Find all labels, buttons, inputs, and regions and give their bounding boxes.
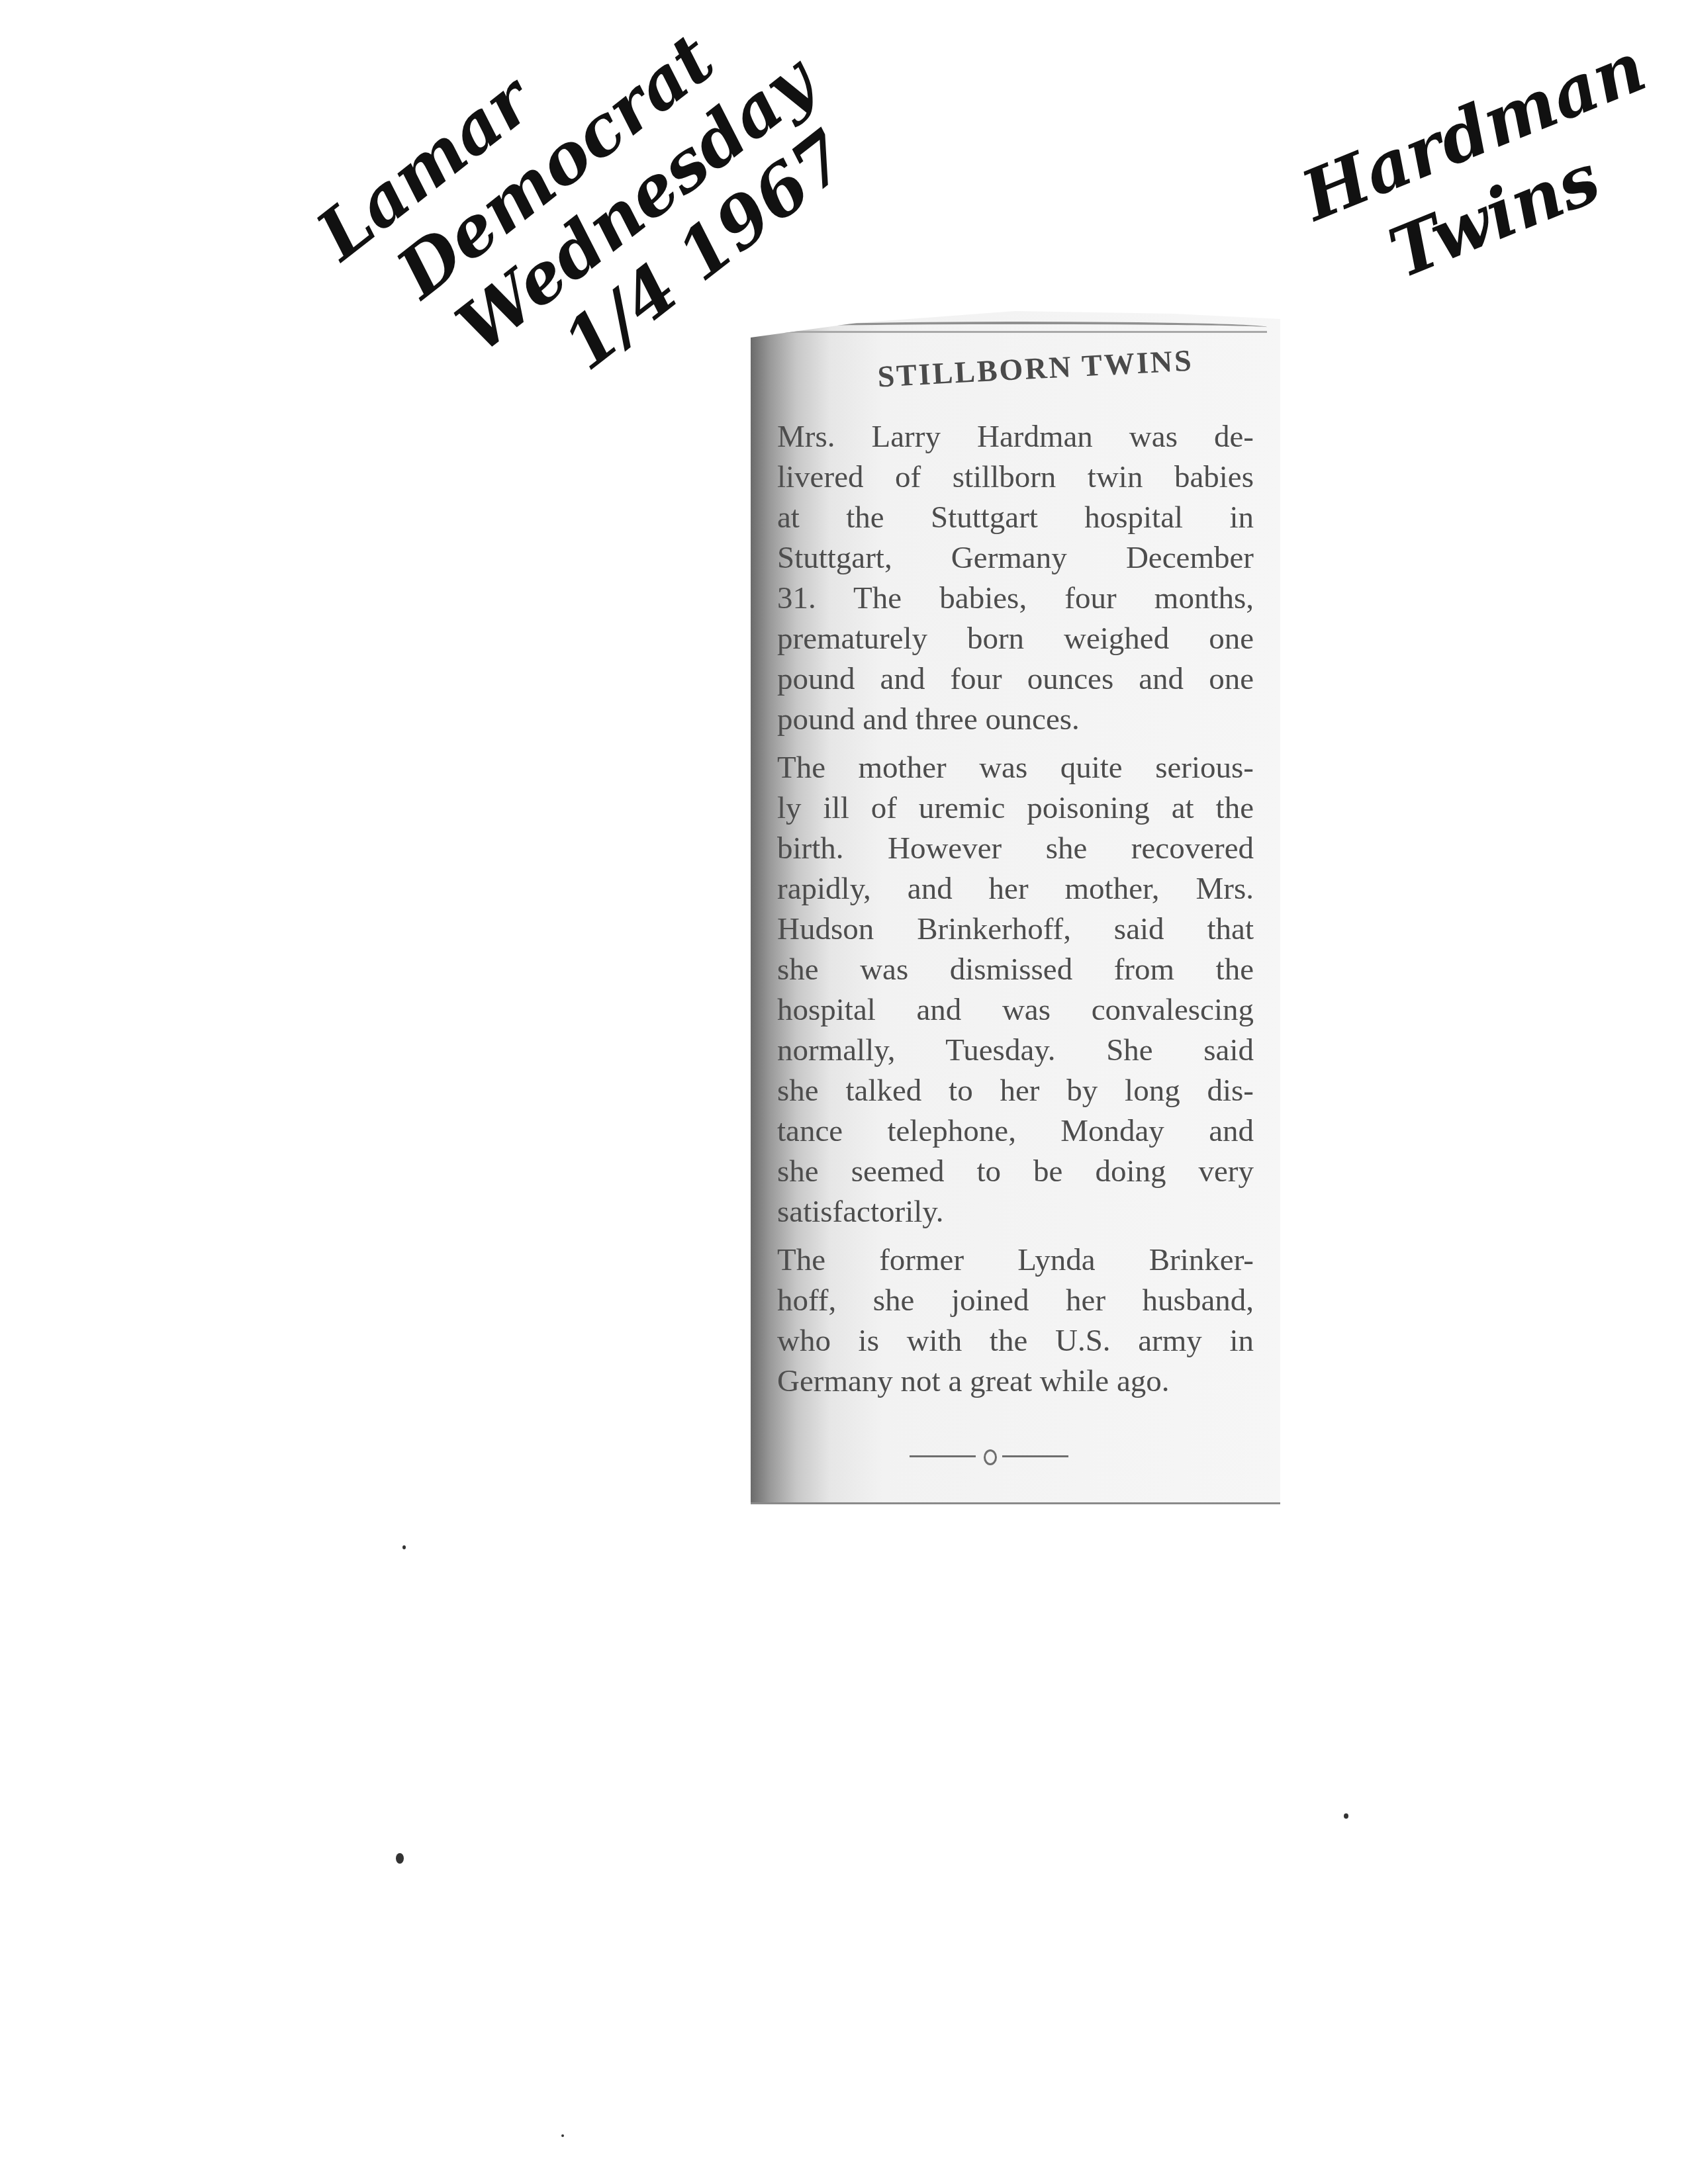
- clipping-body: Mrs. Larry Hardman was de-livered of sti…: [777, 417, 1254, 1410]
- clipping-text-line: birth. However she recovered: [777, 829, 1254, 869]
- handwritten-source-note: Lamar Democrat Wednesday 1/4 1967: [199, 50, 459, 364]
- divider-line-right: [1002, 1455, 1068, 1457]
- clipping-text-line: normally, Tuesday. She said: [777, 1030, 1254, 1071]
- clipping-text-line: Hudson Brinkerhoff, said that: [777, 909, 1254, 950]
- clipping-text-line: she talked to her by long dis-: [777, 1071, 1254, 1111]
- clipping-text-line: pound and four ounces and one: [777, 659, 1254, 700]
- clipping-text-line: The mother was quite serious-: [777, 748, 1254, 788]
- newspaper-clipping: STILLBORN TWINS Mrs. Larry Hardman was d…: [751, 311, 1280, 1504]
- clipping-paragraph: The former Lynda Brinker-hoff, she joine…: [777, 1240, 1254, 1402]
- scan-speck: [402, 1545, 406, 1549]
- clipping-text-line: tance telephone, Monday and: [777, 1111, 1254, 1152]
- scan-speck: [561, 2134, 564, 2137]
- clipping-text-line: Germany not a great while ago.: [777, 1361, 1254, 1402]
- clipping-text-line: hospital and was convalescing: [777, 990, 1254, 1030]
- scan-speck: [1344, 1813, 1348, 1819]
- clipping-headline: STILLBORN TWINS: [823, 340, 1248, 396]
- handwritten-subject-note: Hardman Twins: [1258, 62, 1383, 281]
- clipping-text-line: livered of stillborn twin babies: [777, 457, 1254, 498]
- clipping-text-line: The former Lynda Brinker-: [777, 1240, 1254, 1281]
- clipping-text-line: rapidly, and her mother, Mrs.: [777, 869, 1254, 909]
- divider-circle-icon: [984, 1449, 997, 1465]
- clipping-text-line: 31. The babies, four months,: [777, 578, 1254, 619]
- clipping-text-line: who is with the U.S. army in: [777, 1321, 1254, 1361]
- clipping-text-line: she was dismissed from the: [777, 950, 1254, 990]
- end-mark-divider: [910, 1449, 1068, 1463]
- clipping-text-line: ly ill of uremic poisoning at the: [777, 788, 1254, 829]
- clipping-paragraph: The mother was quite serious-ly ill of u…: [777, 748, 1254, 1232]
- clipping-text-line: she seemed to be doing very: [777, 1152, 1254, 1192]
- scan-speck: [396, 1853, 404, 1864]
- clipping-text-line: at the Stuttgart hospital in: [777, 498, 1254, 538]
- clipping-text-line: pound and three ounces.: [777, 700, 1254, 740]
- clipping-text-line: prematurely born weighed one: [777, 619, 1254, 659]
- clipping-text-line: hoff, she joined her husband,: [777, 1281, 1254, 1321]
- clipping-paragraph: Mrs. Larry Hardman was de-livered of sti…: [777, 417, 1254, 740]
- clipping-text-line: satisfactorily.: [777, 1192, 1254, 1232]
- clipping-text-line: Stuttgart, Germany December: [777, 538, 1254, 578]
- clipping-text-line: Mrs. Larry Hardman was de-: [777, 417, 1254, 457]
- divider-line-left: [910, 1455, 976, 1457]
